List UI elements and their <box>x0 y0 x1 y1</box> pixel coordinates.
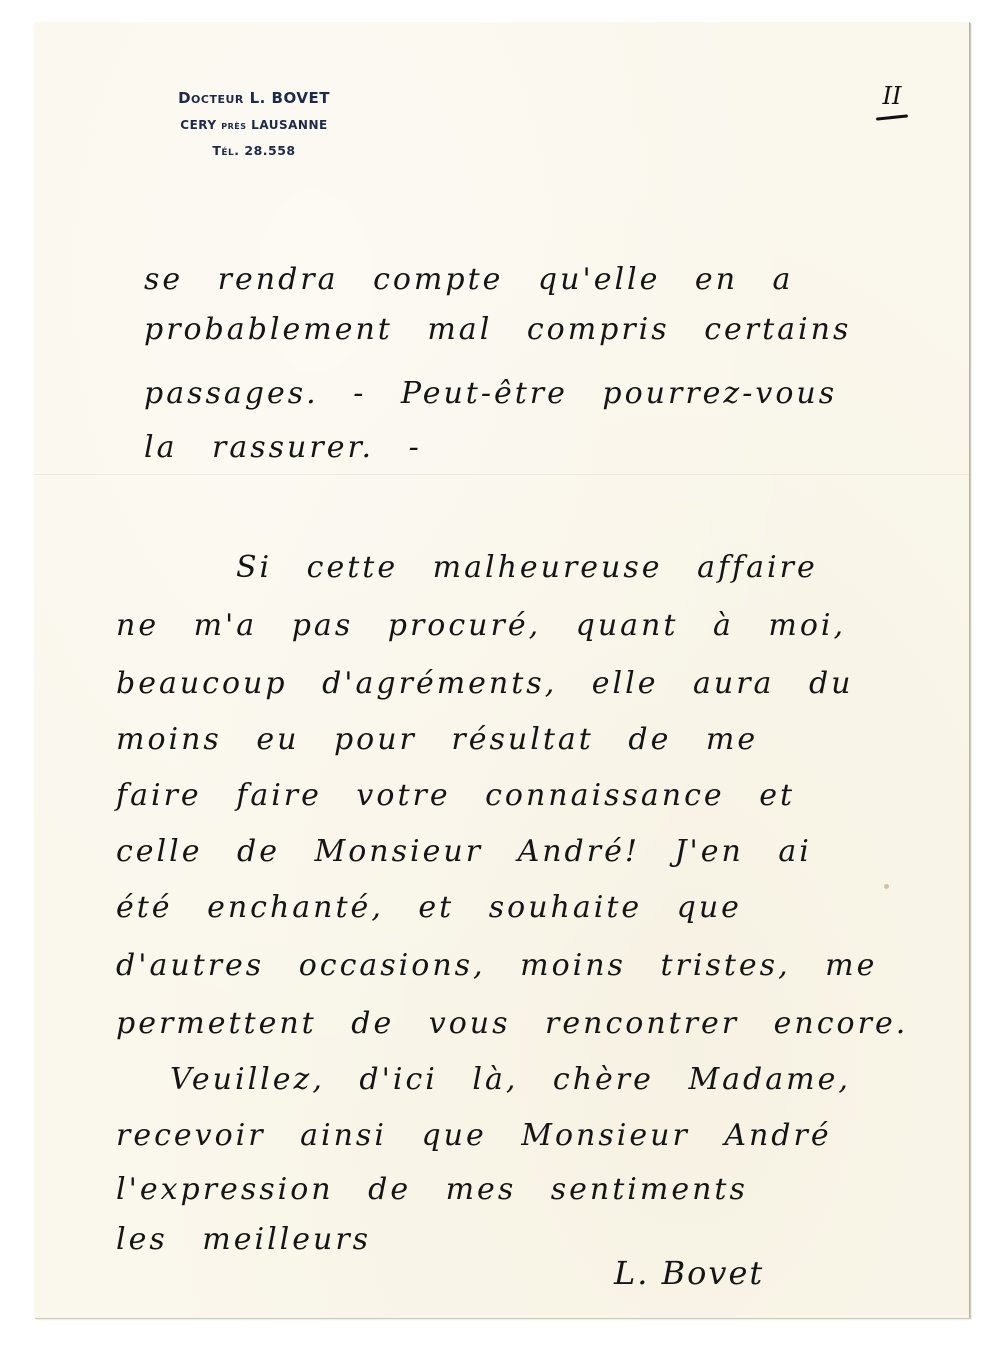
signature: L. Bovet <box>614 1254 764 1292</box>
body-line: celle de Monsieur André! J'en ai <box>116 834 812 869</box>
body-line: passages. - Peut-être pourrez-vous <box>144 376 837 411</box>
body-line: beaucoup d'agréments, elle aura du <box>116 666 854 701</box>
page-number: II <box>872 82 912 110</box>
letterhead: Docteur L. BOVET CERY près LAUSANNE Tél.… <box>146 88 362 160</box>
paper-fold-line <box>34 474 969 475</box>
letterhead-phone: Tél. 28.558 <box>146 142 362 160</box>
body-line: permettent de vous rencontrer encore. <box>116 1006 908 1041</box>
body-line: les meilleurs <box>116 1222 371 1257</box>
letterhead-name: Docteur L. BOVET <box>146 88 362 108</box>
paper-stain <box>884 884 889 889</box>
page-number-underline <box>876 114 908 120</box>
body-line: d'autres occasions, moins tristes, me <box>116 948 877 983</box>
body-line: probablement mal compris certains <box>144 312 851 347</box>
body-line: Veuillez, d'ici là, chère Madame, <box>170 1062 851 1097</box>
body-line: l'expression de mes sentiments <box>116 1172 748 1207</box>
body-line: ne m'a pas procuré, quant à moi, <box>116 608 846 643</box>
body-line: la rassurer. - <box>144 430 422 465</box>
body-line: se rendra compte qu'elle en a <box>144 262 793 297</box>
body-line: faire faire votre connaissance et <box>116 778 795 813</box>
body-line: Si cette malheureuse affaire <box>236 550 818 585</box>
letter-sheet: Docteur L. BOVET CERY près LAUSANNE Tél.… <box>34 22 970 1318</box>
body-line: moins eu pour résultat de me <box>116 722 758 757</box>
body-line: recevoir ainsi que Monsieur André <box>116 1118 832 1153</box>
body-line: été enchanté, et souhaite que <box>116 890 742 925</box>
letterhead-place: CERY près LAUSANNE <box>146 116 362 134</box>
